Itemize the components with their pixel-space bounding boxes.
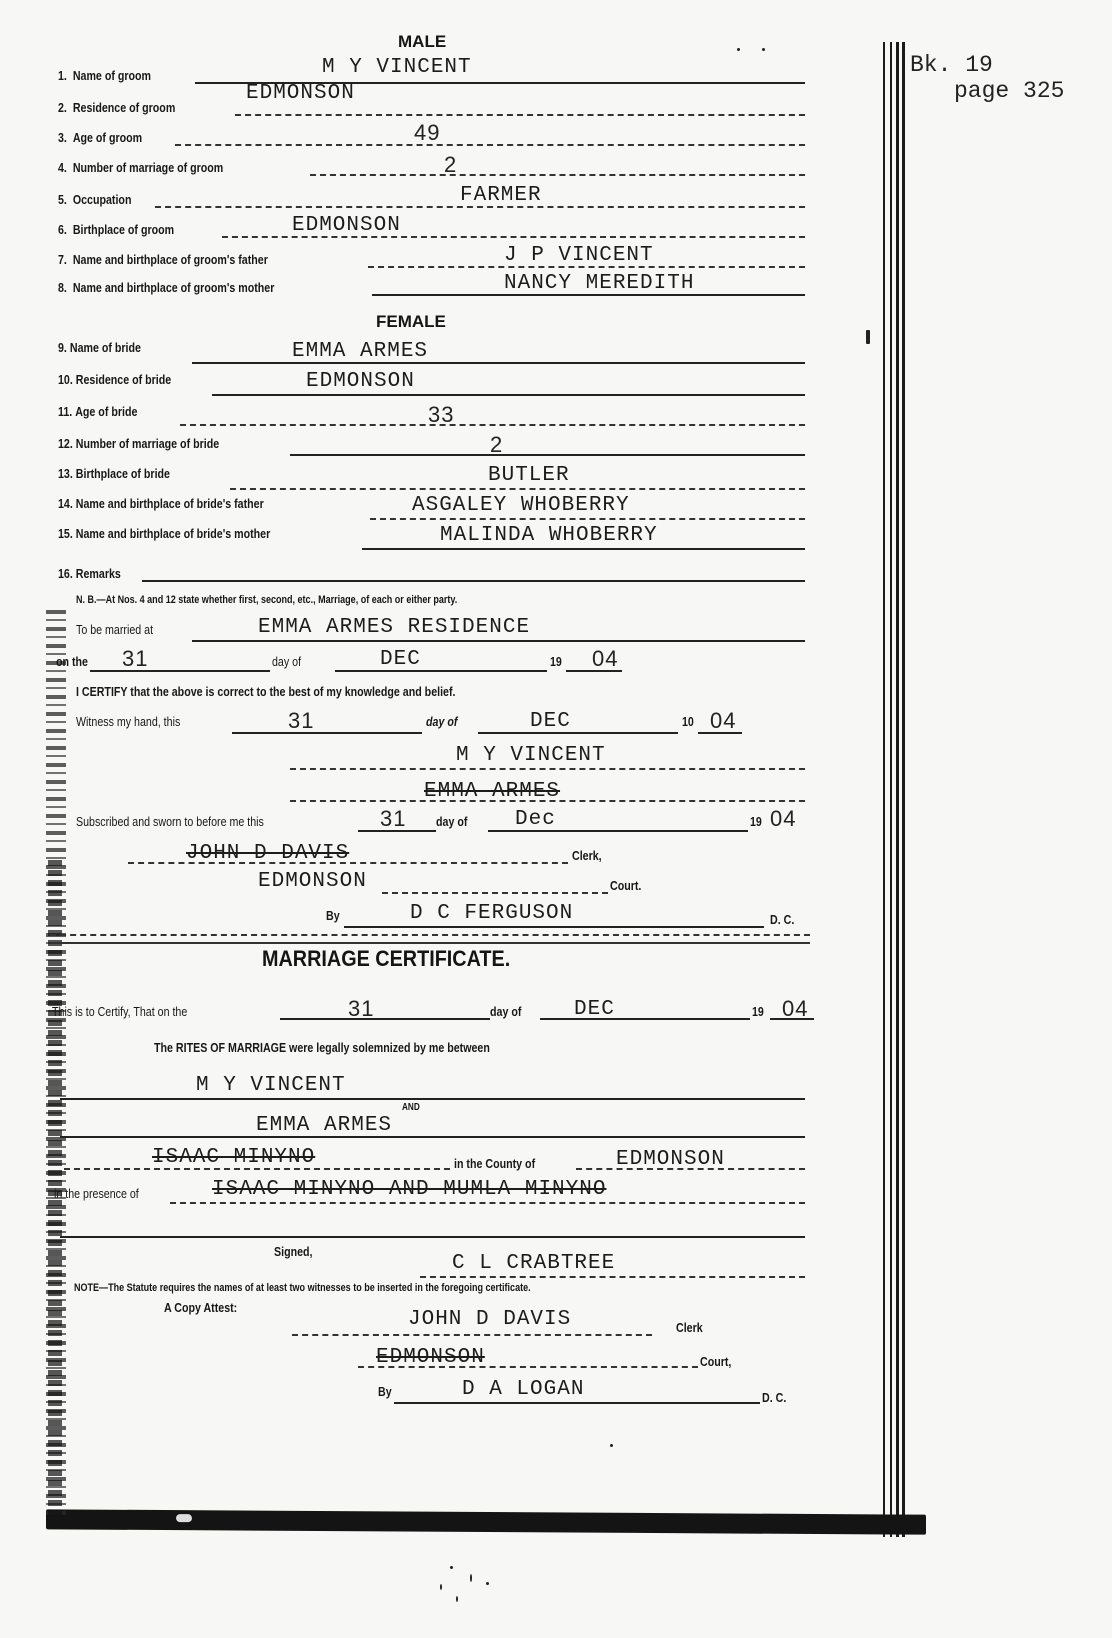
remarks-label: Remarks	[76, 566, 121, 581]
wedding-year-value: 04	[592, 646, 618, 672]
and-label: AND	[402, 1102, 420, 1113]
bride-residence-value: EDMONSON	[306, 370, 415, 393]
groom-signature: M Y VINCENT	[456, 744, 606, 767]
sworn-year-prefix: 19	[750, 814, 762, 829]
speck	[456, 1596, 458, 1602]
bride-age-value: 33	[428, 402, 454, 428]
bride-marriage-number-label: Number of marriage of bride	[76, 436, 219, 451]
speck	[737, 48, 740, 51]
fill-line	[212, 394, 805, 396]
section-divider	[50, 934, 810, 944]
groom-residence-value: EDMONSON	[246, 82, 355, 105]
witness-year-prefix: 10	[682, 714, 694, 729]
attest-by-label: By	[378, 1384, 392, 1399]
certificate-year-value: 04	[782, 996, 808, 1022]
groom-mother-value: NANCY MEREDITH	[504, 272, 694, 295]
bride-father-label: Name and birthplace of bride's father	[76, 496, 264, 511]
page-number: page 325	[954, 78, 1064, 104]
bride-birthplace-label: Birthplace of bride	[76, 466, 170, 481]
fill-line	[362, 548, 805, 550]
party-one-name: M Y VINCENT	[196, 1074, 346, 1097]
county-value: EDMONSON	[616, 1148, 725, 1171]
certify-label: This is to Certify, That on the	[52, 1004, 187, 1019]
blank-witness-line	[60, 1236, 805, 1238]
certificate-day-value: 31	[348, 996, 374, 1022]
fill-line	[540, 1018, 750, 1020]
groom-residence-label: Residence of groom	[73, 100, 175, 115]
bride-name-label: Name of bride	[70, 340, 141, 355]
clerk-name: JOHN D DAVIS	[186, 842, 349, 865]
speck	[440, 1584, 442, 1590]
county-label: in the County of	[454, 1156, 535, 1171]
groom-birthplace-value: EDMONSON	[292, 214, 401, 237]
certificate-year-prefix: 19	[752, 1004, 764, 1019]
married-at-value: EMMA ARMES RESIDENCE	[258, 616, 530, 639]
speck	[610, 1444, 613, 1447]
officiant-name: C L CRABTREE	[452, 1252, 615, 1275]
groom-age-label: Age of groom	[73, 130, 142, 145]
groom-name-label: Name of groom	[73, 68, 151, 83]
bride-marriage-number-value: 2	[490, 432, 503, 458]
fill-line	[175, 144, 805, 146]
field-number: 5.	[58, 192, 67, 207]
signature-line	[290, 768, 805, 770]
bride-signature: EMMA ARMES	[424, 780, 560, 803]
fill-line	[60, 1136, 805, 1138]
fill-line	[232, 732, 422, 734]
fill-line	[280, 1018, 490, 1020]
dc-label: D. C.	[770, 912, 794, 927]
attest-court-name: EDMONSON	[376, 1346, 485, 1369]
fill-line	[394, 1402, 760, 1404]
field-number: 9.	[58, 340, 67, 355]
fill-line	[370, 518, 805, 520]
groom-name-value: M Y VINCENT	[322, 56, 472, 79]
wedding-day-value: 31	[122, 646, 148, 672]
statute-note: NOTE—The Statute requires the names of a…	[74, 1282, 531, 1294]
field-number: 11.	[58, 404, 72, 419]
groom-occupation-value: FARMER	[460, 184, 542, 207]
attest-clerk-label: Clerk	[676, 1320, 703, 1335]
witness-month-value: DEC	[530, 710, 571, 733]
certify-statement: I CERTIFY that the above is correct to t…	[76, 684, 455, 699]
book-number: Bk. 19	[910, 52, 993, 78]
certificate-day-of-label: day of	[490, 1004, 521, 1019]
field-number: 12.	[58, 436, 73, 451]
groom-father-value: J P VINCENT	[504, 244, 654, 267]
bride-mother-label: Name and birthplace of bride's mother	[76, 526, 270, 541]
field-number: 13.	[58, 466, 73, 481]
sworn-month-value: Dec	[515, 808, 556, 831]
fill-line	[90, 670, 270, 672]
field-number: 2.	[58, 100, 67, 115]
on-the-label: on the	[56, 654, 88, 669]
marriage-record-page: Bk. 19 page 325 MALE 1. Name of groom M …	[0, 0, 1112, 1638]
attest-court-label: Court,	[700, 1354, 731, 1369]
sworn-label: Subscribed and sworn to before me this	[76, 814, 264, 829]
speck	[762, 48, 765, 51]
fill-line	[60, 1098, 805, 1100]
witness-day-value: 31	[288, 708, 314, 734]
fill-line	[290, 454, 805, 456]
fill-line	[344, 926, 764, 928]
fill-line	[292, 1334, 652, 1336]
court-name: EDMONSON	[258, 870, 367, 893]
deputy-name: D C FERGUSON	[410, 902, 573, 925]
sworn-day-value: 31	[380, 806, 406, 832]
by-label: By	[326, 908, 340, 923]
certificate-title: MARRIAGE CERTIFICATE.	[262, 946, 510, 972]
groom-birthplace-label: Birthplace of groom	[73, 222, 174, 237]
bottom-border	[46, 1509, 926, 1534]
speck	[450, 1566, 453, 1569]
court-label: Court.	[610, 878, 641, 893]
groom-father-label: Name and birthplace of groom's father	[73, 252, 268, 267]
copy-attest-label: A Copy Attest:	[164, 1300, 237, 1315]
field-number: 15.	[58, 526, 73, 541]
fill-line	[230, 488, 805, 490]
clerk-label: Clerk,	[572, 848, 602, 863]
attest-deputy-name: D A LOGAN	[462, 1378, 584, 1401]
party-two-name: EMMA ARMES	[256, 1114, 392, 1137]
speck	[470, 1574, 472, 1582]
speck	[866, 330, 870, 344]
female-heading: FEMALE	[376, 312, 446, 332]
bride-father-value: ASGALEY WHOBERRY	[412, 494, 630, 517]
field-number: 10.	[58, 372, 73, 387]
groom-occupation-label: Occupation	[73, 192, 132, 207]
right-ruled-border	[880, 42, 910, 1537]
field-number: 3.	[58, 130, 67, 145]
sworn-day-of-label: day of	[436, 814, 467, 829]
fill-line	[142, 580, 805, 582]
attest-dc-label: D. C.	[762, 1390, 786, 1405]
witness-label: Witness my hand, this	[76, 714, 180, 729]
groom-age-value: 49	[414, 120, 440, 146]
presence-label: in the presence of	[54, 1186, 139, 1201]
field-number: 6.	[58, 222, 67, 237]
fill-line	[235, 114, 805, 116]
signed-label: Signed,	[274, 1244, 313, 1259]
bride-mother-value: MALINDA WHOBERRY	[440, 524, 658, 547]
field-number: 8.	[58, 280, 67, 295]
solemnized-at-value: ISAAC MINYNO	[152, 1146, 315, 1169]
bride-residence-label: Residence of bride	[76, 372, 171, 387]
presence-value: ISAAC MINYNO AND MUMLA MINYNO	[212, 1178, 606, 1201]
witness-year-value: 04	[710, 708, 736, 734]
bride-name-value: EMMA ARMES	[292, 340, 428, 363]
fill-line	[310, 174, 805, 176]
fill-line	[335, 670, 547, 672]
witness-day-of-label: day of	[426, 714, 457, 729]
year-prefix: 19	[550, 654, 562, 669]
groom-mother-label: Name and birthplace of groom's mother	[73, 280, 275, 295]
field-number: 16.	[58, 566, 73, 581]
certificate-month-value: DEC	[574, 998, 615, 1021]
field-number: 4.	[58, 160, 67, 175]
fill-line	[192, 362, 805, 364]
groom-marriage-number-value: 2	[444, 152, 457, 178]
married-at-label: To be married at	[76, 622, 153, 637]
fill-line	[192, 640, 805, 642]
rites-statement: The RITES OF MARRIAGE were legally solem…	[154, 1040, 490, 1055]
speck	[486, 1582, 489, 1585]
field-number: 1.	[58, 68, 67, 83]
field-number: 7.	[58, 252, 67, 267]
male-heading: MALE	[398, 32, 446, 52]
fill-line	[478, 732, 678, 734]
bride-age-label: Age of bride	[75, 404, 137, 419]
fill-line	[170, 1202, 805, 1204]
field-number: 14.	[58, 496, 73, 511]
day-of-label: day of	[272, 654, 301, 669]
attest-clerk-name: JOHN D DAVIS	[408, 1308, 571, 1331]
bride-birthplace-value: BUTLER	[488, 464, 570, 487]
nb-note: N. B.—At Nos. 4 and 12 state whether fir…	[76, 594, 457, 606]
fill-line	[382, 892, 608, 894]
signature-line	[420, 1276, 805, 1278]
sworn-year-value: 04	[770, 806, 796, 832]
fill-line	[180, 424, 805, 426]
wedding-month-value: DEC	[380, 648, 421, 671]
groom-marriage-number-label: Number of marriage of groom	[73, 160, 223, 175]
